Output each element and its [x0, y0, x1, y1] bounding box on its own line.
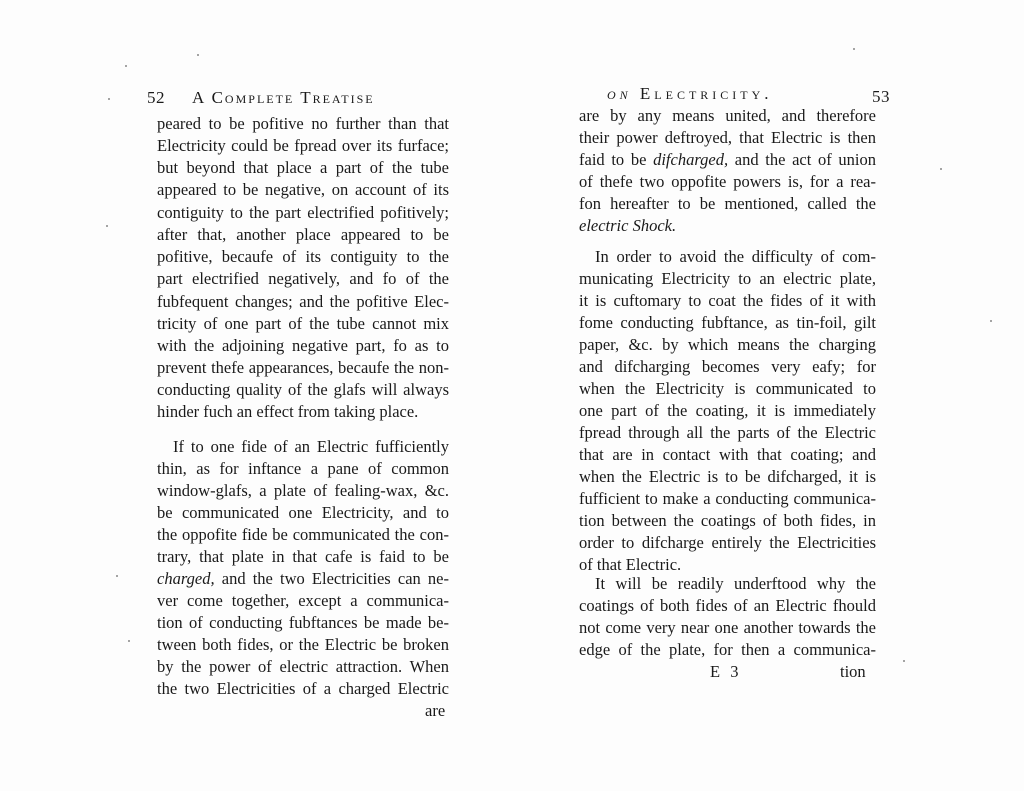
- text-line: and difcharging becomes very eafy; for: [579, 357, 876, 377]
- text-segment: and the act of union: [728, 150, 876, 169]
- text-line: of that Electric.: [579, 555, 876, 575]
- paragraph-start-line: If to one fide of an Electric fufficient…: [157, 437, 449, 457]
- text-line: paper, &c. by which means the charging: [579, 335, 876, 355]
- italic-term: difcharged,: [653, 150, 728, 169]
- italic-term: electric Shock.: [579, 216, 676, 235]
- text-line: peared to be pofitive no further than th…: [157, 114, 449, 134]
- text-line-rest: and the two Electricities can ne-: [215, 569, 449, 588]
- text-line: of thefe two oppofite powers is, for a r…: [579, 172, 876, 192]
- text-line: not come very near one another towards t…: [579, 618, 876, 638]
- catchword-left: are: [425, 701, 445, 721]
- text-line: Electricity could be fpread over its fur…: [157, 136, 449, 156]
- text-segment: faid to be: [579, 150, 653, 169]
- right-running-head-title: on Electricity.: [607, 84, 773, 104]
- text-line: after that, another place appeared to be: [157, 225, 449, 245]
- text-line: when the Electricity is communicated to: [579, 379, 876, 399]
- text-line: thin, as for inftance a pane of common: [157, 459, 449, 479]
- text-line: it is cuftomary to coat the fides of it …: [579, 291, 876, 311]
- printer-signature: E 3: [710, 662, 741, 682]
- text-line: conducting quality of the glafs will alw…: [157, 380, 449, 400]
- text-line: fufficient to make a conducting communic…: [579, 489, 876, 509]
- running-head-main: Electricity.: [640, 84, 773, 103]
- text-line: prevent thefe appearances, becaufe the n…: [157, 358, 449, 378]
- text-line: fon hereafter to be mentioned, called th…: [579, 194, 876, 214]
- scan-speck: [128, 640, 130, 642]
- scan-speck: [116, 575, 118, 577]
- text-line: fubfequent changes; and the pofitive Ele…: [157, 292, 449, 312]
- text-line: but beyond that place a part of the tube: [157, 158, 449, 178]
- text-line-with-italic: faid to be difcharged, and the act of un…: [579, 150, 876, 170]
- text-line: one part of the coating, it is immediate…: [579, 401, 876, 421]
- scan-speck: [197, 54, 199, 56]
- page-number-right: 53: [872, 87, 890, 107]
- scan-speck: [108, 98, 110, 100]
- right-page: on Electricity. 53 are by any means unit…: [512, 0, 1024, 791]
- text-line: are by any means united, and therefore: [579, 106, 876, 126]
- text-line: tion between the coatings of both fides,…: [579, 511, 876, 531]
- left-running-head-title: A Complete Treatise: [192, 88, 375, 108]
- text-line: coatings of both fides of an Electric fh…: [579, 596, 876, 616]
- text-line: that are in contact with that coating; a…: [579, 445, 876, 465]
- italic-term: charged,: [157, 569, 215, 588]
- scan-speck: [125, 65, 127, 67]
- text-line: the two Electricities of a charged Elect…: [157, 679, 449, 699]
- text-line: tricity of one part of the tube cannot m…: [157, 314, 449, 334]
- text-line: with the adjoining negative part, fo as …: [157, 336, 449, 356]
- left-page: 52 A Complete Treatise peared to be pofi…: [0, 0, 512, 791]
- text-line: part electrified negatively, and fo of t…: [157, 269, 449, 289]
- book-spread: 52 A Complete Treatise peared to be pofi…: [0, 0, 1024, 791]
- text-line: fpread through all the parts of the Elec…: [579, 423, 876, 443]
- text-line: order to difcharge entirely the Electric…: [579, 533, 876, 553]
- text-line: when the Electric is to be difcharged, i…: [579, 467, 876, 487]
- text-line: edge of the plate, for then a communica-: [579, 640, 876, 660]
- text-line-with-italic: charged, and the two Electricities can n…: [157, 569, 449, 589]
- page-number-left: 52: [147, 88, 165, 108]
- text-line: appeared to be negative, on account of i…: [157, 180, 449, 200]
- text-line: tion of conducting fubftances be made be…: [157, 613, 449, 633]
- text-line: window-glafs, a plate of fealing-wax, &c…: [157, 481, 449, 501]
- catchword-right: tion: [840, 662, 866, 682]
- text-line: hinder fuch an effect from taking place.: [157, 402, 449, 422]
- text-line: their power deftroyed, that Electric is …: [579, 128, 876, 148]
- text-line: the oppofite fide be communicated the co…: [157, 525, 449, 545]
- scan-speck: [853, 48, 855, 50]
- scan-speck: [990, 320, 992, 322]
- paragraph-start-line: It will be readily underftood why the: [579, 574, 876, 594]
- scan-speck: [903, 660, 905, 662]
- text-line: by the power of electric attraction. Whe…: [157, 657, 449, 677]
- text-line: pofitive, becaufe of its contiguity to t…: [157, 247, 449, 267]
- scan-speck: [106, 225, 108, 227]
- text-line: tween both fides, or the Electric be bro…: [157, 635, 449, 655]
- scan-speck: [940, 168, 942, 170]
- text-line: trary, that plate in that cafe is faid t…: [157, 547, 449, 567]
- text-line: contiguity to the part electrified pofit…: [157, 203, 449, 223]
- paragraph-start-line: In order to avoid the difficulty of com-: [579, 247, 876, 267]
- text-line: be communicated one Electricity, and to: [157, 503, 449, 523]
- text-line: municating Electricity to an electric pl…: [579, 269, 876, 289]
- text-line: fome conducting fubftance, as tin-foil, …: [579, 313, 876, 333]
- text-line: ver come together, except a communica-: [157, 591, 449, 611]
- text-line-italic: electric Shock.: [579, 216, 876, 236]
- running-head-prefix: on: [607, 84, 632, 103]
